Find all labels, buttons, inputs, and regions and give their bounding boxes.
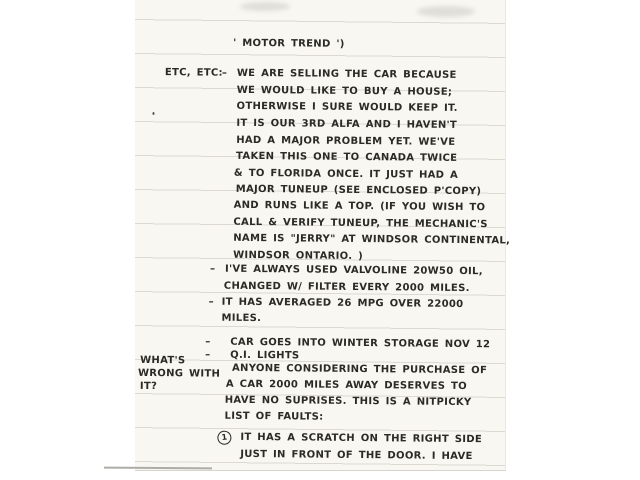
scan-smudge (417, 6, 475, 17)
rule-lines (135, 0, 506, 471)
paper-bottom-edge (104, 467, 212, 470)
scan-smudge (240, 2, 290, 11)
scanned-note: ' MOTOR TREND ') ETC, ETC: – WE ARE SELL… (0, 0, 640, 480)
notepaper (135, 0, 506, 471)
